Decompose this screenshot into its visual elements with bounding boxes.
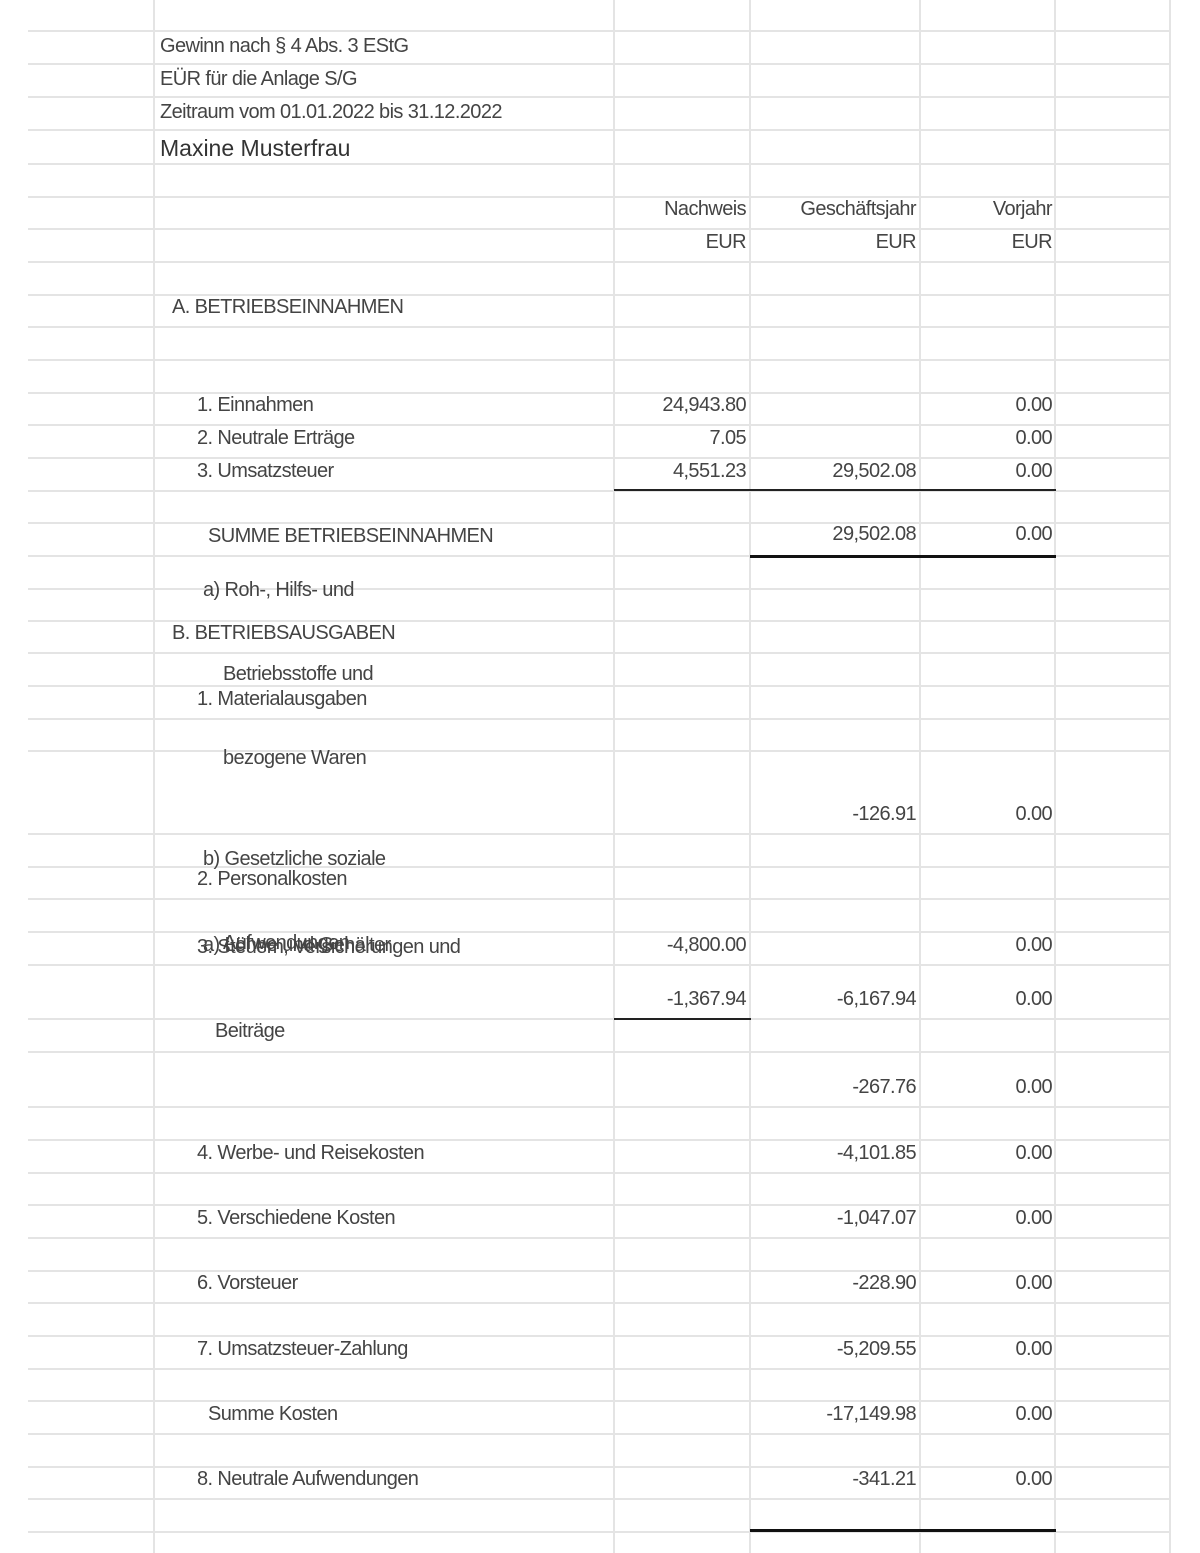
table-row[interactable]: 7. Umsatzsteuer-Zahlung -5,209.55 0.00 — [0, 1336, 1200, 1369]
value-nachweis: 7.05 — [616, 425, 746, 458]
value-nachweis: -1,367.94 — [616, 965, 746, 1019]
value-vorjahr: 0.00 — [922, 425, 1052, 458]
value-geschaeftsjahr: -341.21 — [752, 1467, 916, 1499]
value-vorjahr: 0.00 — [922, 751, 1052, 834]
period-text: Zeitraum vom 01.01.2022 bis 31.12.2022 — [160, 97, 610, 130]
table-row[interactable]: 2. Neutrale Erträge 7.05 0.00 — [0, 425, 1200, 458]
table-row[interactable]: 2. Personalkosten — [0, 867, 1200, 899]
value-nachweis: 4,551.23 — [616, 458, 746, 491]
period-row[interactable]: Zeitraum vom 01.01.2022 bis 31.12.2022 — [0, 97, 1200, 130]
row-label: Summe Kosten — [160, 1401, 610, 1434]
table-row[interactable]: 1. Materialausgaben — [0, 686, 1200, 719]
row-label-line: 3. Steuern, Versicherungen und — [197, 933, 460, 961]
value-geschaeftsjahr: -17,149.98 — [752, 1401, 916, 1434]
row-label: 3. Steuern, Versicherungen und Beiträge — [160, 1052, 610, 1107]
value-vorjahr: 0.00 — [922, 1467, 1052, 1499]
row-label-line: a) Roh-, Hilfs- und — [203, 576, 373, 604]
value-nachweis: 24,943.80 — [616, 393, 746, 425]
currency-vorjahr: EUR — [922, 229, 1052, 262]
value-geschaeftsjahr: -6,167.94 — [752, 965, 916, 1019]
subtotal-row[interactable]: Summe Kosten -17,149.98 0.00 — [0, 1401, 1200, 1434]
value-geschaeftsjahr — [752, 425, 916, 458]
value-geschaeftsjahr: -267.76 — [752, 1052, 916, 1107]
total-geschaeftsjahr: 29,502.08 — [752, 523, 916, 556]
row-label: 6. Vorsteuer — [160, 1271, 610, 1303]
title-row-1[interactable]: Gewinn nach § 4 Abs. 3 EStG — [0, 31, 1200, 64]
row-label-line: Beiträge — [197, 1017, 460, 1045]
value-geschaeftsjahr — [752, 393, 916, 425]
total-row[interactable]: SUMME BETRIEBSEINNAHMEN 29,502.08 0.00 — [0, 523, 1200, 556]
row-label-line: bezogene Waren — [203, 744, 373, 772]
row-label: 5. Verschiedene Kosten — [160, 1205, 610, 1238]
row-label: 2. Neutrale Erträge — [160, 425, 610, 458]
column-header-row[interactable]: Nachweis Geschäftsjahr Vorjahr — [0, 197, 1200, 229]
row-label-line: Betriebsstoffe und — [203, 660, 373, 688]
value-vorjahr: 0.00 — [922, 393, 1052, 425]
value-geschaeftsjahr: -4,101.85 — [752, 1140, 916, 1173]
subtotal-underline — [614, 489, 1056, 491]
table-row[interactable]: b) Gesetzliche soziale Aufwendungen -1,3… — [0, 965, 1200, 1019]
value-vorjahr: 0.00 — [922, 1140, 1052, 1173]
subtotal-underline — [614, 1018, 751, 1020]
value-vorjahr: 0.00 — [922, 965, 1052, 1019]
value-geschaeftsjahr: 29,502.08 — [752, 458, 916, 491]
section-b-heading-row[interactable]: B. BETRIEBSAUSGABEN — [0, 621, 1200, 653]
value-vorjahr: 0.00 — [922, 932, 1052, 965]
value-vorjahr: 0.00 — [922, 1052, 1052, 1107]
row-label: 1. Einnahmen — [160, 393, 610, 425]
title-row-2[interactable]: EÜR für die Anlage S/G — [0, 64, 1200, 97]
row-label-line: b) Gesetzliche soziale — [203, 845, 385, 873]
table-row[interactable]: 3. Steuern, Versicherungen und Beiträge … — [0, 1052, 1200, 1107]
value-geschaeftsjahr: -5,209.55 — [752, 1336, 916, 1369]
row-gridline — [28, 588, 1171, 590]
section-a-heading-row[interactable]: A. BETRIEBSEINNAHMEN — [0, 295, 1200, 327]
value-vorjahr: 0.00 — [922, 458, 1052, 491]
currency-header-row[interactable]: EUR EUR EUR — [0, 229, 1200, 262]
row-label: 4. Werbe- und Reisekosten — [160, 1140, 610, 1173]
total-vorjahr: 0.00 — [922, 523, 1052, 556]
value-geschaeftsjahr: -126.91 — [752, 751, 916, 834]
table-row[interactable]: a) Löhne und Gehälter -4,800.00 0.00 — [0, 932, 1200, 965]
title-line-2: EÜR für die Anlage S/G — [160, 64, 610, 97]
currency-geschaeftsjahr: EUR — [752, 229, 916, 262]
spreadsheet: Gewinn nach § 4 Abs. 3 EStG EÜR für die … — [0, 0, 1200, 1553]
header-geschaeftsjahr: Geschäftsjahr — [752, 197, 916, 229]
table-row[interactable]: 4. Werbe- und Reisekosten -4,101.85 0.00 — [0, 1140, 1200, 1173]
value-nachweis: -4,800.00 — [616, 932, 746, 965]
row-label: 7. Umsatzsteuer-Zahlung — [160, 1336, 610, 1369]
table-row[interactable]: 5. Verschiedene Kosten -1,047.07 0.00 — [0, 1205, 1200, 1238]
value-vorjahr: 0.00 — [922, 1336, 1052, 1369]
value-geschaeftsjahr: -1,047.07 — [752, 1205, 916, 1238]
value-geschaeftsjahr: -228.90 — [752, 1271, 916, 1303]
table-row[interactable]: 8. Neutrale Aufwendungen -341.21 0.00 — [0, 1467, 1200, 1499]
total-underline — [750, 555, 1056, 558]
owner-name: Maxine Musterfrau — [160, 130, 610, 164]
total-underline — [750, 1529, 1056, 1532]
name-row[interactable]: Maxine Musterfrau — [0, 130, 1200, 164]
value-vorjahr: 0.00 — [922, 1271, 1052, 1303]
table-row[interactable]: 3. Umsatzsteuer 4,551.23 29,502.08 0.00 — [0, 458, 1200, 491]
table-row[interactable]: 6. Vorsteuer -228.90 0.00 — [0, 1271, 1200, 1303]
value-vorjahr: 0.00 — [922, 1401, 1052, 1434]
title-line-1: Gewinn nach § 4 Abs. 3 EStG — [160, 31, 610, 64]
header-nachweis: Nachweis — [616, 197, 746, 229]
table-row[interactable]: a) Roh-, Hilfs- und Betriebsstoffe und b… — [0, 751, 1200, 834]
row-gridline — [28, 359, 1171, 361]
value-vorjahr: 0.00 — [922, 1205, 1052, 1238]
header-vorjahr: Vorjahr — [922, 197, 1052, 229]
row-label: 8. Neutrale Aufwendungen — [160, 1467, 610, 1499]
row-label: 3. Umsatzsteuer — [160, 458, 610, 491]
section-a-heading: A. BETRIEBSEINNAHMEN — [160, 295, 610, 327]
table-row[interactable]: 1. Einnahmen 24,943.80 0.00 — [0, 393, 1200, 425]
currency-nachweis: EUR — [616, 229, 746, 262]
